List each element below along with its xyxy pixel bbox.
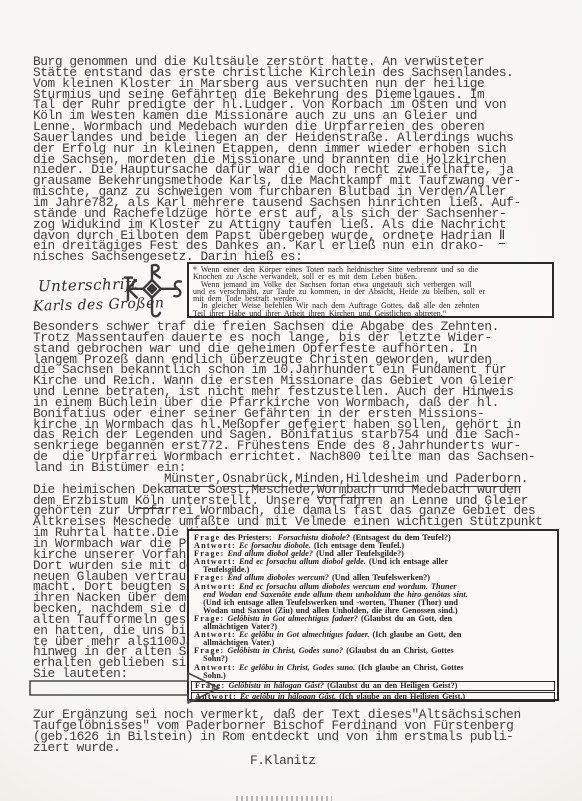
taufgeloebnis-lines: Frage des Priesters: Forsachistu diobole… (194, 534, 552, 680)
taufgeloebnis-box: Frage des Priesters: Forsachistu diobole… (187, 529, 559, 701)
sachsengesetz-quote-box: * Wenn einer den Körper eines Toten nach… (187, 262, 554, 318)
page-edge-scan-artifact (236, 796, 332, 801)
author-signature: F.Klanitz (250, 753, 316, 768)
hand-drawn-arrow-right-icon (28, 668, 223, 708)
closing-paragraph: Zur Ergänzung sei noch vermerkt, daß der… (33, 710, 521, 753)
taufgeloebnis-highlighted-lines: Frage: Gelôbistu in hâlogan Gâst? (Glaub… (194, 681, 552, 702)
paragraph-zehnten-bistuemer: Besonders schwer traf die freien Sachsen… (33, 322, 543, 539)
scanned-document-page: Burg genommen und die Kultsäule zerstört… (0, 0, 582, 801)
paragraph-saxon-mission: Burg genommen und die Kultsäule zerstört… (33, 57, 521, 263)
